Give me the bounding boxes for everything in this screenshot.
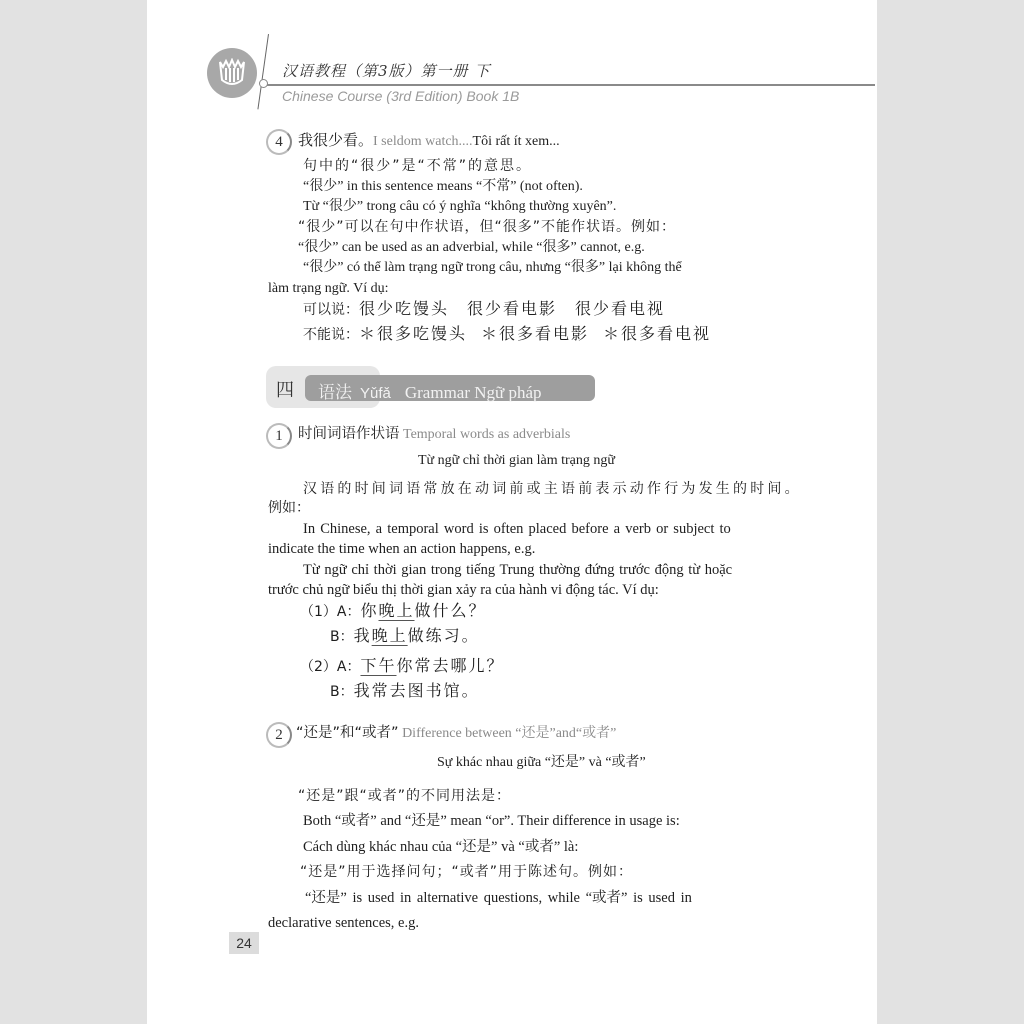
example-text: 你常去哪儿？ xyxy=(397,656,505,675)
example-underlined: 晚上 xyxy=(372,626,408,645)
example-text: 我 xyxy=(354,626,372,645)
note-line: “很少” can be used as an adverbial, while … xyxy=(298,239,645,257)
example-label: B： xyxy=(330,629,354,645)
note-line: làm trạng ngữ. Ví dụ: xyxy=(268,280,388,298)
example-phrase: ＊很多看电影 xyxy=(481,324,589,343)
note-line: “很少” có thể làm trạng ngữ trong câu, như… xyxy=(303,259,682,277)
grammar-title-en: Temporal words as adverbials xyxy=(403,427,570,442)
note-heading-vi: Tôi rất ít xem... xyxy=(473,134,560,149)
example-phrase: 很少看电影 xyxy=(467,299,557,318)
para-line: “还是” is used in alternative questions, w… xyxy=(305,889,692,907)
example-line: （2）A：下午你常去哪儿？ xyxy=(300,657,505,677)
cannot-say-label: 不能说： xyxy=(303,327,359,343)
para-line: Cách dùng khác nhau của “还是” và “或者” là: xyxy=(303,838,578,856)
example-label: （2）A： xyxy=(300,659,360,675)
note-line: “很少”可以在句中作状语，但“很多”不能作状语。例如： xyxy=(298,218,676,236)
section-title-en-vi: Grammar Ngữ pháp xyxy=(405,383,542,402)
grammar-title-vi: Sự khác nhau giữa “还是” và “或者” xyxy=(437,754,646,772)
example-phrase: ＊很多看电视 xyxy=(603,324,711,343)
para-line: “还是”跟“或者”的不同用法是： xyxy=(298,787,511,805)
para-en: indicate the time when an action happens… xyxy=(268,540,535,558)
note-line: 句中的“很少”是“不常”的意思。 xyxy=(303,157,532,175)
grammar-title-vi: Từ ngữ chỉ thời gian làm trạng ngữ xyxy=(418,452,615,470)
example-label: （1）A： xyxy=(300,604,360,620)
example-text: 你 xyxy=(360,601,378,620)
note-heading: 我很少看。I seldom watch....Tôi rất ít xem... xyxy=(298,131,560,151)
para-cn: 例如： xyxy=(268,499,310,517)
example-line: B：我常去图书馆。 xyxy=(330,682,480,702)
section-title: 语法YǔfǎGrammar Ngữ pháp xyxy=(318,378,542,403)
cannot-say-row: 不能说：＊很多吃馒头＊很多看电影＊很多看电视 xyxy=(303,325,711,345)
note-line: Từ “很少” trong câu có ý nghĩa “không thườ… xyxy=(303,198,616,216)
note-heading-en: I seldom watch.... xyxy=(373,134,473,149)
section-pinyin: Yǔfǎ xyxy=(360,385,391,402)
grammar-title-cn: 时间词语作状语 xyxy=(298,426,400,442)
grammar-title-en: Difference between “还是”and“或者” xyxy=(402,726,616,741)
header-title-en: Chinese Course (3rd Edition) Book 1B xyxy=(282,88,519,104)
example-phrase: 很少吃馒头 xyxy=(359,299,449,318)
para-cn: 汉语的时间词语常放在动词前或主语前表示动作行为发生的时间。 xyxy=(303,480,802,498)
header-title-cn: 汉语教程（第3版）第一册 下 xyxy=(282,60,490,81)
note-heading-cn: 我很少看。 xyxy=(298,131,373,149)
book-crown-logo-icon xyxy=(207,48,257,98)
para-vi: Từ ngữ chỉ thời gian trong tiếng Trung t… xyxy=(303,561,732,579)
example-text: 做练习。 xyxy=(408,626,480,645)
section-title-cn: 语法 xyxy=(318,383,352,403)
example-phrase: ＊很多吃馒头 xyxy=(359,324,467,343)
header-rule xyxy=(267,84,875,86)
example-line: B：我晚上做练习。 xyxy=(330,627,480,647)
example-label: B： xyxy=(330,684,354,700)
para-line: “还是”用于选择问句；“或者”用于陈述句。例如： xyxy=(300,863,633,881)
section-number: 四 xyxy=(276,376,294,402)
grammar-number-badge: 1 xyxy=(266,423,292,449)
example-text: 我常去图书馆。 xyxy=(354,681,480,700)
grammar-heading: 时间词语作状语 Temporal words as adverbials xyxy=(298,425,570,444)
note-line: “很少” in this sentence means “不常” (not of… xyxy=(303,178,583,196)
example-underlined: 晚上 xyxy=(379,601,415,620)
can-say-row: 可以说：很少吃馒头很少看电影很少看电视 xyxy=(303,300,665,320)
para-line: Both “或者” and “还是” mean “or”. Their diff… xyxy=(303,812,680,830)
can-say-label: 可以说： xyxy=(303,302,359,318)
para-en: In Chinese, a temporal word is often pla… xyxy=(303,520,731,538)
para-line: declarative sentences, e.g. xyxy=(268,914,419,932)
page-number: 24 xyxy=(229,932,259,954)
example-line: （1）A：你晚上做什么？ xyxy=(300,602,487,622)
grammar-title-cn: “还是”和“或者” xyxy=(296,725,399,741)
example-phrase: 很少看电视 xyxy=(575,299,665,318)
grammar-heading: “还是”和“或者” Difference between “还是”and“或者” xyxy=(296,724,616,743)
grammar-number-badge: 2 xyxy=(266,722,292,748)
example-underlined: 下午 xyxy=(360,656,396,675)
example-text: 做什么？ xyxy=(415,601,487,620)
para-vi: trước chủ ngữ biểu thị thời gian xảy ra … xyxy=(268,581,659,599)
note-number-badge: 4 xyxy=(266,129,292,155)
